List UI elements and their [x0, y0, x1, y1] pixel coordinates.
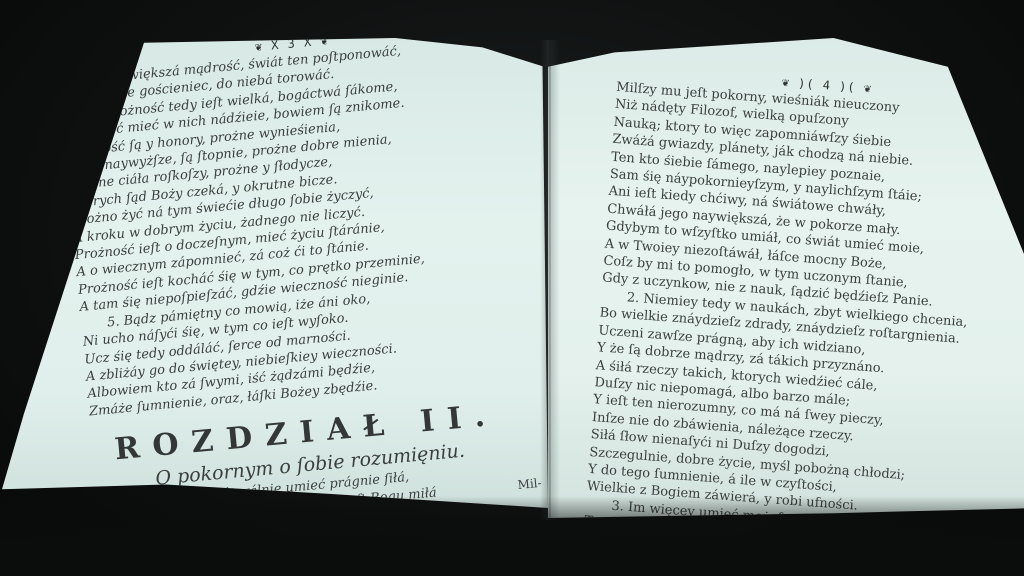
- catchword: Mil-: [517, 476, 542, 492]
- left-page-text: ❦ X 3 X ❦ Tá jeſt naywiększá mądrość, św…: [57, 38, 548, 508]
- bottom-shadow: [0, 496, 1024, 576]
- left-page: ❦ X 3 X ❦ Tá jeſt naywiększá mądrość, św…: [2, 38, 548, 508]
- open-book: ❦ X 3 X ❦ Tá jeſt naywiększá mądrość, św…: [0, 0, 1024, 576]
- book-gutter: [540, 40, 560, 520]
- right-page-text: ❦ )( 4 )( ❦ Milſzy mu jeſt pokorny, wieś…: [584, 63, 1024, 518]
- right-page: ❦ )( 4 )( ❦ Milſzy mu jeſt pokorny, wieś…: [548, 38, 1024, 518]
